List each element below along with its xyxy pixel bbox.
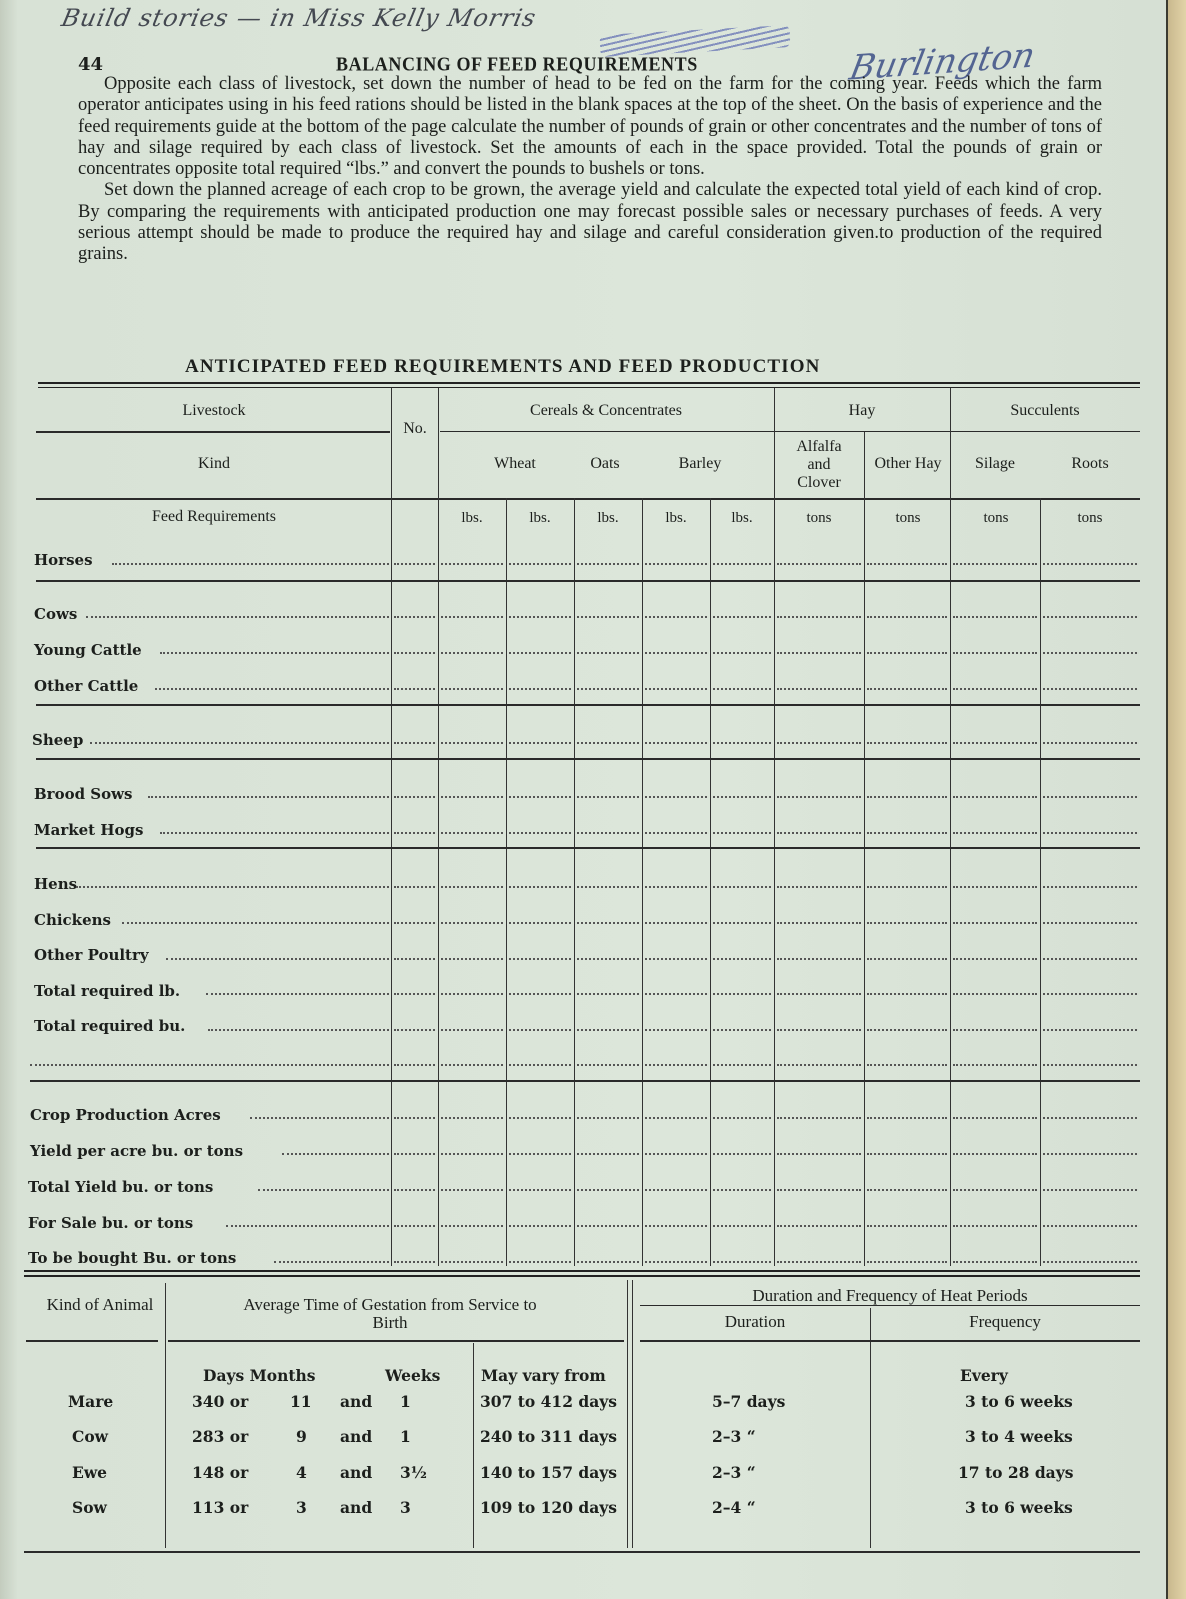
header-no: No. xyxy=(392,420,438,438)
instructions-paragraph-2: Set down the planned acreage of each cro… xyxy=(78,180,1102,265)
entry-cell[interactable] xyxy=(509,1189,571,1191)
header-kind-of-animal: Kind of Animal xyxy=(40,1296,160,1314)
entry-cell[interactable] xyxy=(867,1117,947,1119)
entry-cell[interactable] xyxy=(645,1064,707,1066)
animal-name: Mare xyxy=(68,1392,113,1411)
entry-cell[interactable] xyxy=(1043,993,1137,995)
entry-cell[interactable] xyxy=(645,886,707,888)
heat-duration: 5–7 days xyxy=(712,1392,785,1411)
entry-cell[interactable] xyxy=(441,1029,503,1031)
entry-cell[interactable] xyxy=(953,1189,1037,1191)
gestation-months: 3 xyxy=(296,1498,307,1517)
rule xyxy=(36,431,390,433)
column-divider xyxy=(391,388,392,1266)
entry-cell[interactable] xyxy=(645,832,707,834)
page-edge xyxy=(1168,0,1186,1599)
entry-cell[interactable] xyxy=(645,688,707,690)
entry-cell[interactable] xyxy=(394,832,435,834)
entry-line xyxy=(250,1117,389,1119)
entry-cell[interactable] xyxy=(394,1064,435,1066)
animal-name: Ewe xyxy=(72,1463,107,1482)
entry-cell[interactable] xyxy=(509,958,571,960)
entry-cell[interactable] xyxy=(713,1117,771,1119)
entry-cell[interactable] xyxy=(867,563,947,565)
entry-cell[interactable] xyxy=(394,993,435,995)
entry-cell[interactable] xyxy=(1043,958,1137,960)
gestation-weeks: 3½ xyxy=(400,1463,427,1482)
entry-cell[interactable] xyxy=(441,958,503,960)
header-may-vary: May vary from xyxy=(481,1366,606,1385)
entry-cell[interactable] xyxy=(441,1189,503,1191)
entry-cell[interactable] xyxy=(777,1064,861,1066)
entry-cell[interactable] xyxy=(509,688,571,690)
entry-cell[interactable] xyxy=(777,796,861,798)
entry-cell[interactable] xyxy=(441,1153,503,1155)
entry-cell[interactable] xyxy=(713,1189,771,1191)
gestation-range: 240 to 311 days xyxy=(480,1427,617,1446)
entry-cell[interactable] xyxy=(953,922,1037,924)
column-divider xyxy=(710,498,711,1266)
entry-cell[interactable] xyxy=(394,616,435,618)
entry-cell[interactable] xyxy=(867,1261,947,1263)
entry-cell[interactable] xyxy=(394,1225,435,1227)
page-number: 44 xyxy=(78,54,103,75)
handwritten-note-top: Build stories — in Miss Kelly Morris xyxy=(59,4,539,32)
entry-cell[interactable] xyxy=(645,1029,707,1031)
entry-cell[interactable] xyxy=(577,688,639,690)
row-label-for-sale: For Sale bu. or tons xyxy=(28,1214,193,1232)
entry-cell[interactable] xyxy=(577,563,639,565)
heat-duration: 2–3 “ xyxy=(712,1463,756,1482)
entry-cell[interactable] xyxy=(867,993,947,995)
entry-cell[interactable] xyxy=(441,1225,503,1227)
header-roots: Roots xyxy=(1040,455,1140,473)
header-hay: Hay xyxy=(774,402,950,420)
entry-cell[interactable] xyxy=(867,922,947,924)
column-divider xyxy=(165,1283,166,1548)
column-divider xyxy=(574,498,575,1266)
entry-cell[interactable] xyxy=(509,652,571,654)
unit-label: lbs. xyxy=(574,510,642,527)
entry-cell[interactable] xyxy=(713,832,771,834)
entry-cell[interactable] xyxy=(577,1189,639,1191)
rule xyxy=(440,431,1140,432)
unit-label: lbs. xyxy=(506,510,574,527)
entry-cell[interactable] xyxy=(777,652,861,654)
entry-cell[interactable] xyxy=(713,742,771,744)
gestation-weeks: 3 xyxy=(400,1498,411,1517)
entry-cell[interactable] xyxy=(953,1153,1037,1155)
entry-cell[interactable] xyxy=(394,796,435,798)
header-alfalfa-clover: Alfalfa and Clover xyxy=(784,438,854,492)
entry-cell[interactable] xyxy=(713,922,771,924)
entry-cell[interactable] xyxy=(441,563,503,565)
entry-cell[interactable] xyxy=(777,958,861,960)
unit-label: tons xyxy=(774,510,864,527)
entry-cell[interactable] xyxy=(953,688,1037,690)
entry-cell[interactable] xyxy=(509,563,571,565)
entry-cell[interactable] xyxy=(953,742,1037,744)
entry-cell[interactable] xyxy=(953,1064,1037,1066)
column-divider xyxy=(870,1308,871,1548)
entry-cell[interactable] xyxy=(1043,1029,1137,1031)
entry-cell[interactable] xyxy=(394,1153,435,1155)
entry-cell[interactable] xyxy=(441,796,503,798)
header-cereals: Cereals & Concentrates xyxy=(438,402,774,420)
entry-cell[interactable] xyxy=(394,958,435,960)
column-divider xyxy=(864,432,865,1266)
entry-cell[interactable] xyxy=(1043,1153,1137,1155)
gestation-months: 4 xyxy=(296,1463,307,1482)
header-weeks: Weeks xyxy=(385,1366,440,1385)
entry-cell[interactable] xyxy=(577,1225,639,1227)
entry-line xyxy=(122,922,389,924)
heat-duration: 2–3 “ xyxy=(712,1427,756,1446)
entry-cell[interactable] xyxy=(645,958,707,960)
entry-cell[interactable] xyxy=(577,1064,639,1066)
entry-cell[interactable] xyxy=(953,563,1037,565)
animal-name: Sow xyxy=(72,1498,107,1517)
entry-cell[interactable] xyxy=(777,563,861,565)
entry-cell[interactable] xyxy=(577,1029,639,1031)
entry-cell[interactable] xyxy=(867,742,947,744)
entry-cell[interactable] xyxy=(509,1064,571,1066)
entry-cell[interactable] xyxy=(441,742,503,744)
entry-cell[interactable] xyxy=(509,1153,571,1155)
row-label-chickens: Chickens xyxy=(34,911,111,929)
heat-frequency: 3 to 4 weeks xyxy=(965,1427,1073,1446)
entry-cell[interactable] xyxy=(777,993,861,995)
entry-cell[interactable] xyxy=(645,1117,707,1119)
instructions-paragraph-1: Opposite each class of livestock, set do… xyxy=(78,74,1102,180)
row-label-crop-acres: Crop Production Acres xyxy=(30,1106,221,1124)
entry-cell[interactable] xyxy=(1043,1261,1137,1263)
entry-cell[interactable] xyxy=(777,1029,861,1031)
entry-cell[interactable] xyxy=(577,1153,639,1155)
entry-cell[interactable] xyxy=(777,1225,861,1227)
entry-cell[interactable] xyxy=(777,886,861,888)
entry-cell[interactable] xyxy=(645,652,707,654)
entry-cell[interactable] xyxy=(394,1117,435,1119)
entry-cell[interactable] xyxy=(441,1261,503,1263)
entry-cell[interactable] xyxy=(713,1153,771,1155)
entry-line xyxy=(160,832,389,834)
entry-cell[interactable] xyxy=(867,958,947,960)
entry-cell[interactable] xyxy=(1043,688,1137,690)
entry-cell[interactable] xyxy=(509,922,571,924)
entry-line xyxy=(86,616,389,618)
entry-cell[interactable] xyxy=(953,616,1037,618)
section-rule xyxy=(36,580,1140,582)
header-days-months: Days Months xyxy=(203,1366,316,1385)
entry-cell[interactable] xyxy=(1043,616,1137,618)
entry-cell[interactable] xyxy=(645,922,707,924)
entry-cell[interactable] xyxy=(953,1117,1037,1119)
entry-cell[interactable] xyxy=(1043,832,1137,834)
entry-cell[interactable] xyxy=(777,1189,861,1191)
entry-cell[interactable] xyxy=(713,616,771,618)
entry-cell[interactable] xyxy=(577,922,639,924)
gestation-weeks: 1 xyxy=(400,1427,411,1446)
entry-cell[interactable] xyxy=(394,688,435,690)
entry-cell[interactable] xyxy=(441,652,503,654)
entry-cell[interactable] xyxy=(953,796,1037,798)
row-label-hens: Hens xyxy=(34,875,77,893)
entry-cell[interactable] xyxy=(509,1225,571,1227)
gestation-days: 148 or xyxy=(192,1463,248,1482)
entry-cell[interactable] xyxy=(867,688,947,690)
header-oats: Oats xyxy=(575,455,635,473)
entry-cell[interactable] xyxy=(777,832,861,834)
entry-cell[interactable] xyxy=(441,1117,503,1119)
row-label-sheep: Sheep xyxy=(32,731,83,749)
row-label-market-hogs: Market Hogs xyxy=(34,821,143,839)
entry-cell[interactable] xyxy=(645,563,707,565)
entry-cell[interactable] xyxy=(713,993,771,995)
entry-cell[interactable] xyxy=(713,1064,771,1066)
column-divider xyxy=(950,388,951,1266)
entry-cell[interactable] xyxy=(777,1261,861,1263)
entry-cell[interactable] xyxy=(713,688,771,690)
entry-cell[interactable] xyxy=(509,993,571,995)
entry-cell[interactable] xyxy=(441,616,503,618)
rule xyxy=(640,1340,1140,1342)
entry-line xyxy=(30,1064,389,1066)
entry-cell[interactable] xyxy=(713,958,771,960)
unit-label: tons xyxy=(952,510,1040,527)
column-divider xyxy=(1040,498,1041,1266)
gestation-months: 9 xyxy=(296,1427,307,1446)
entry-cell[interactable] xyxy=(777,742,861,744)
entry-cell[interactable] xyxy=(713,1261,771,1263)
row-label-brood-sows: Brood Sows xyxy=(34,785,133,803)
entry-cell[interactable] xyxy=(713,563,771,565)
entry-cell[interactable] xyxy=(867,886,947,888)
unit-label: lbs. xyxy=(438,510,506,527)
header-other-hay: Other Hay xyxy=(868,455,948,473)
entry-cell[interactable] xyxy=(577,1117,639,1119)
entry-cell[interactable] xyxy=(509,886,571,888)
entry-cell[interactable] xyxy=(394,563,435,565)
entry-cell[interactable] xyxy=(441,1064,503,1066)
entry-cell[interactable] xyxy=(1043,1189,1137,1191)
entry-cell[interactable] xyxy=(867,652,947,654)
entry-line xyxy=(90,742,389,744)
entry-cell[interactable] xyxy=(577,616,639,618)
gestation-days: 340 or xyxy=(192,1392,248,1411)
entry-line xyxy=(166,958,389,960)
entry-cell[interactable] xyxy=(509,1029,571,1031)
entry-cell[interactable] xyxy=(441,922,503,924)
entry-cell[interactable] xyxy=(441,886,503,888)
entry-line xyxy=(258,1189,389,1191)
entry-cell[interactable] xyxy=(777,1117,861,1119)
entry-line xyxy=(274,1261,389,1263)
entry-cell[interactable] xyxy=(645,1261,707,1263)
rule xyxy=(168,1340,624,1342)
entry-cell[interactable] xyxy=(953,652,1037,654)
page-title: BALANCING OF FEED REQUIREMENTS xyxy=(336,53,698,76)
table-top-rule xyxy=(38,382,1140,384)
entry-cell[interactable] xyxy=(713,1225,771,1227)
entry-cell[interactable] xyxy=(577,832,639,834)
column-divider xyxy=(627,1280,628,1548)
unit-label: tons xyxy=(1040,510,1140,527)
rule xyxy=(36,498,1140,500)
instructions: Opposite each class of livestock, set do… xyxy=(78,74,1102,266)
entry-cell[interactable] xyxy=(867,1189,947,1191)
entry-cell[interactable] xyxy=(645,1189,707,1191)
entry-cell[interactable] xyxy=(645,993,707,995)
entry-cell[interactable] xyxy=(394,1029,435,1031)
entry-line xyxy=(160,652,389,654)
row-label-cows: Cows xyxy=(34,605,77,623)
heat-frequency: 3 to 6 weeks xyxy=(965,1392,1073,1411)
entry-cell[interactable] xyxy=(441,993,503,995)
entry-cell[interactable] xyxy=(1043,1225,1137,1227)
row-label-total-required-lb: Total required lb. xyxy=(34,982,180,1000)
header-frequency: Frequency xyxy=(870,1313,1140,1331)
entry-cell[interactable] xyxy=(577,742,639,744)
row-label-other-cattle: Other Cattle xyxy=(34,677,138,695)
heat-duration: 2–4 “ xyxy=(712,1498,756,1517)
entry-cell[interactable] xyxy=(1043,563,1137,565)
entry-cell[interactable] xyxy=(953,958,1037,960)
row-label-yield-per-acre: Yield per acre bu. or tons xyxy=(30,1142,243,1160)
gestation-weeks: 1 xyxy=(400,1392,411,1411)
animal-name: Cow xyxy=(72,1427,108,1446)
entry-cell[interactable] xyxy=(1043,742,1137,744)
row-label-young-cattle: Young Cattle xyxy=(34,641,142,659)
entry-cell[interactable] xyxy=(394,1261,435,1263)
entry-cell[interactable] xyxy=(577,958,639,960)
entry-cell[interactable] xyxy=(509,616,571,618)
entry-cell[interactable] xyxy=(394,922,435,924)
entry-cell[interactable] xyxy=(1043,886,1137,888)
entry-cell[interactable] xyxy=(645,1225,707,1227)
gestation-days: 113 or xyxy=(192,1498,248,1517)
entry-cell[interactable] xyxy=(777,616,861,618)
entry-cell[interactable] xyxy=(394,886,435,888)
entry-cell[interactable] xyxy=(577,993,639,995)
entry-cell[interactable] xyxy=(509,796,571,798)
gestation-range: 140 to 157 days xyxy=(480,1463,617,1482)
feed-table-title: ANTICIPATED FEED REQUIREMENTS AND FEED P… xyxy=(185,356,820,378)
entry-cell[interactable] xyxy=(953,1029,1037,1031)
header-every: Every xyxy=(960,1366,1008,1385)
entry-cell[interactable] xyxy=(645,796,707,798)
entry-cell[interactable] xyxy=(1043,652,1137,654)
entry-cell[interactable] xyxy=(1043,1064,1137,1066)
header-heat-periods: Duration and Frequency of Heat Periods xyxy=(640,1287,1140,1305)
entry-cell[interactable] xyxy=(867,1029,947,1031)
entry-cell[interactable] xyxy=(1043,796,1137,798)
entry-cell[interactable] xyxy=(777,1153,861,1155)
entry-line xyxy=(155,688,389,690)
entry-cell[interactable] xyxy=(953,1261,1037,1263)
header-barley: Barley xyxy=(660,455,740,473)
document-page: Build stories — in Miss Kelly Morris Bur… xyxy=(0,0,1168,1599)
entry-cell[interactable] xyxy=(577,1261,639,1263)
entry-cell[interactable] xyxy=(713,1029,771,1031)
entry-cell[interactable] xyxy=(577,796,639,798)
header-wheat: Wheat xyxy=(475,455,555,473)
entry-cell[interactable] xyxy=(577,886,639,888)
entry-cell[interactable] xyxy=(1043,922,1137,924)
row-label-horses: Horses xyxy=(34,551,93,569)
entry-cell[interactable] xyxy=(441,832,503,834)
entry-cell[interactable] xyxy=(953,993,1037,995)
unit-label: lbs. xyxy=(642,510,710,527)
gestation-range: 307 to 412 days xyxy=(480,1392,617,1411)
gestation-months: 11 xyxy=(290,1392,312,1411)
column-divider xyxy=(438,388,439,1266)
header-succulents: Succulents xyxy=(950,402,1140,420)
entry-cell[interactable] xyxy=(645,1153,707,1155)
rule xyxy=(640,1305,1140,1306)
heat-frequency: 17 to 28 days xyxy=(958,1463,1073,1482)
entry-cell[interactable] xyxy=(777,688,861,690)
entry-cell[interactable] xyxy=(1043,1117,1137,1119)
entry-cell[interactable] xyxy=(713,652,771,654)
conjunction: and xyxy=(340,1463,372,1482)
entry-cell[interactable] xyxy=(777,922,861,924)
entry-cell[interactable] xyxy=(509,1117,571,1119)
entry-cell[interactable] xyxy=(953,886,1037,888)
table-top-rule-2 xyxy=(38,387,1140,388)
column-divider xyxy=(642,498,643,1266)
entry-cell[interactable] xyxy=(577,652,639,654)
entry-cell[interactable] xyxy=(867,616,947,618)
entry-cell[interactable] xyxy=(394,1189,435,1191)
entry-cell[interactable] xyxy=(509,1261,571,1263)
entry-line xyxy=(208,1029,389,1031)
entry-cell[interactable] xyxy=(867,1064,947,1066)
unit-label: lbs. xyxy=(710,510,774,527)
entry-cell[interactable] xyxy=(953,1225,1037,1227)
entry-line xyxy=(206,993,389,995)
entry-cell[interactable] xyxy=(441,688,503,690)
entry-cell[interactable] xyxy=(953,832,1037,834)
entry-cell[interactable] xyxy=(509,742,571,744)
entry-line xyxy=(148,796,389,798)
entry-cell[interactable] xyxy=(867,832,947,834)
entry-cell[interactable] xyxy=(645,742,707,744)
table-bottom-rule xyxy=(24,1551,1140,1553)
unit-label: tons xyxy=(864,510,952,527)
entry-cell[interactable] xyxy=(394,652,435,654)
entry-cell[interactable] xyxy=(509,832,571,834)
row-label-to-be-bought: To be bought Bu. or tons xyxy=(28,1249,236,1267)
entry-cell[interactable] xyxy=(867,1153,947,1155)
heat-frequency: 3 to 6 weeks xyxy=(965,1498,1073,1517)
entry-cell[interactable] xyxy=(394,742,435,744)
entry-cell[interactable] xyxy=(867,1225,947,1227)
conjunction: and xyxy=(340,1427,372,1446)
column-divider xyxy=(632,1280,633,1548)
entry-cell[interactable] xyxy=(713,886,771,888)
header-silage: Silage xyxy=(950,455,1040,473)
entry-cell[interactable] xyxy=(867,796,947,798)
table-bottom-rule xyxy=(24,1270,1140,1272)
header-livestock: Livestock xyxy=(36,402,392,420)
entry-cell[interactable] xyxy=(645,616,707,618)
entry-line xyxy=(112,563,389,565)
section-rule xyxy=(30,1080,1140,1082)
entry-cell[interactable] xyxy=(713,796,771,798)
column-divider xyxy=(473,1343,474,1548)
section-rule xyxy=(36,847,1140,849)
